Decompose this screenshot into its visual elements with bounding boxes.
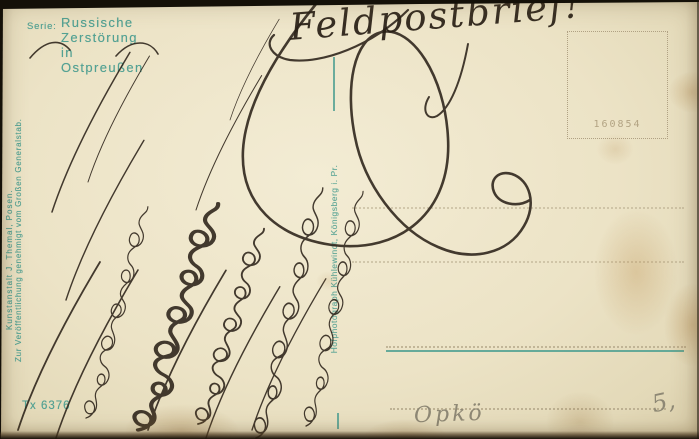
plate-number: Tx 6376: [22, 400, 71, 412]
censor-approval-imprint: Zur Veröffentlichung genehmigt vom Große…: [14, 75, 23, 362]
pencil-place-note: Opkö: [414, 401, 486, 428]
publisher-imprint: Kunstanstalt J. Themal, Posen.: [5, 145, 14, 330]
photo-background: Serie: Russische Zerstörung in Ostpreuße…: [0, 0, 699, 439]
ascender-stroke: [52, 52, 130, 212]
photographer-imprint: Hofphotograph Kühlewindt, Königsberg i. …: [329, 109, 339, 409]
stamp-box: 160854: [567, 31, 668, 139]
script-line: [252, 183, 323, 439]
feldpostbrief-handwriting: Feldpostbrief!: [288, 0, 610, 49]
address-line: [352, 207, 684, 209]
script-line: [83, 202, 148, 423]
pencil-price-note: 5,: [649, 386, 677, 418]
ascender-stroke: [66, 140, 144, 300]
monogram-flourish: [243, 4, 531, 254]
address-line: [352, 261, 684, 263]
center-divider-bottom-segment: [337, 413, 339, 429]
address-line: [386, 346, 686, 348]
script-line: [194, 223, 264, 430]
ascender-stroke: [206, 287, 280, 438]
postcard: Serie: Russische Zerstörung in Ostpreuße…: [0, 0, 699, 439]
series-title: Russische Zerstörung in Ostpreußen: [61, 15, 144, 75]
ascender-stroke: [196, 76, 262, 210]
ascender-stroke: [230, 19, 279, 120]
descender-stroke: [425, 44, 468, 117]
center-divider-top-segment: [333, 57, 335, 111]
script-line: [133, 196, 219, 437]
ascender-stroke: [148, 270, 226, 430]
stamp-control-number: 160854: [568, 119, 667, 130]
ascender-stroke: [56, 270, 138, 438]
series-label: Serie:: [27, 21, 57, 32]
address-line-teal: [386, 350, 684, 352]
ascender-stroke: [252, 279, 326, 430]
